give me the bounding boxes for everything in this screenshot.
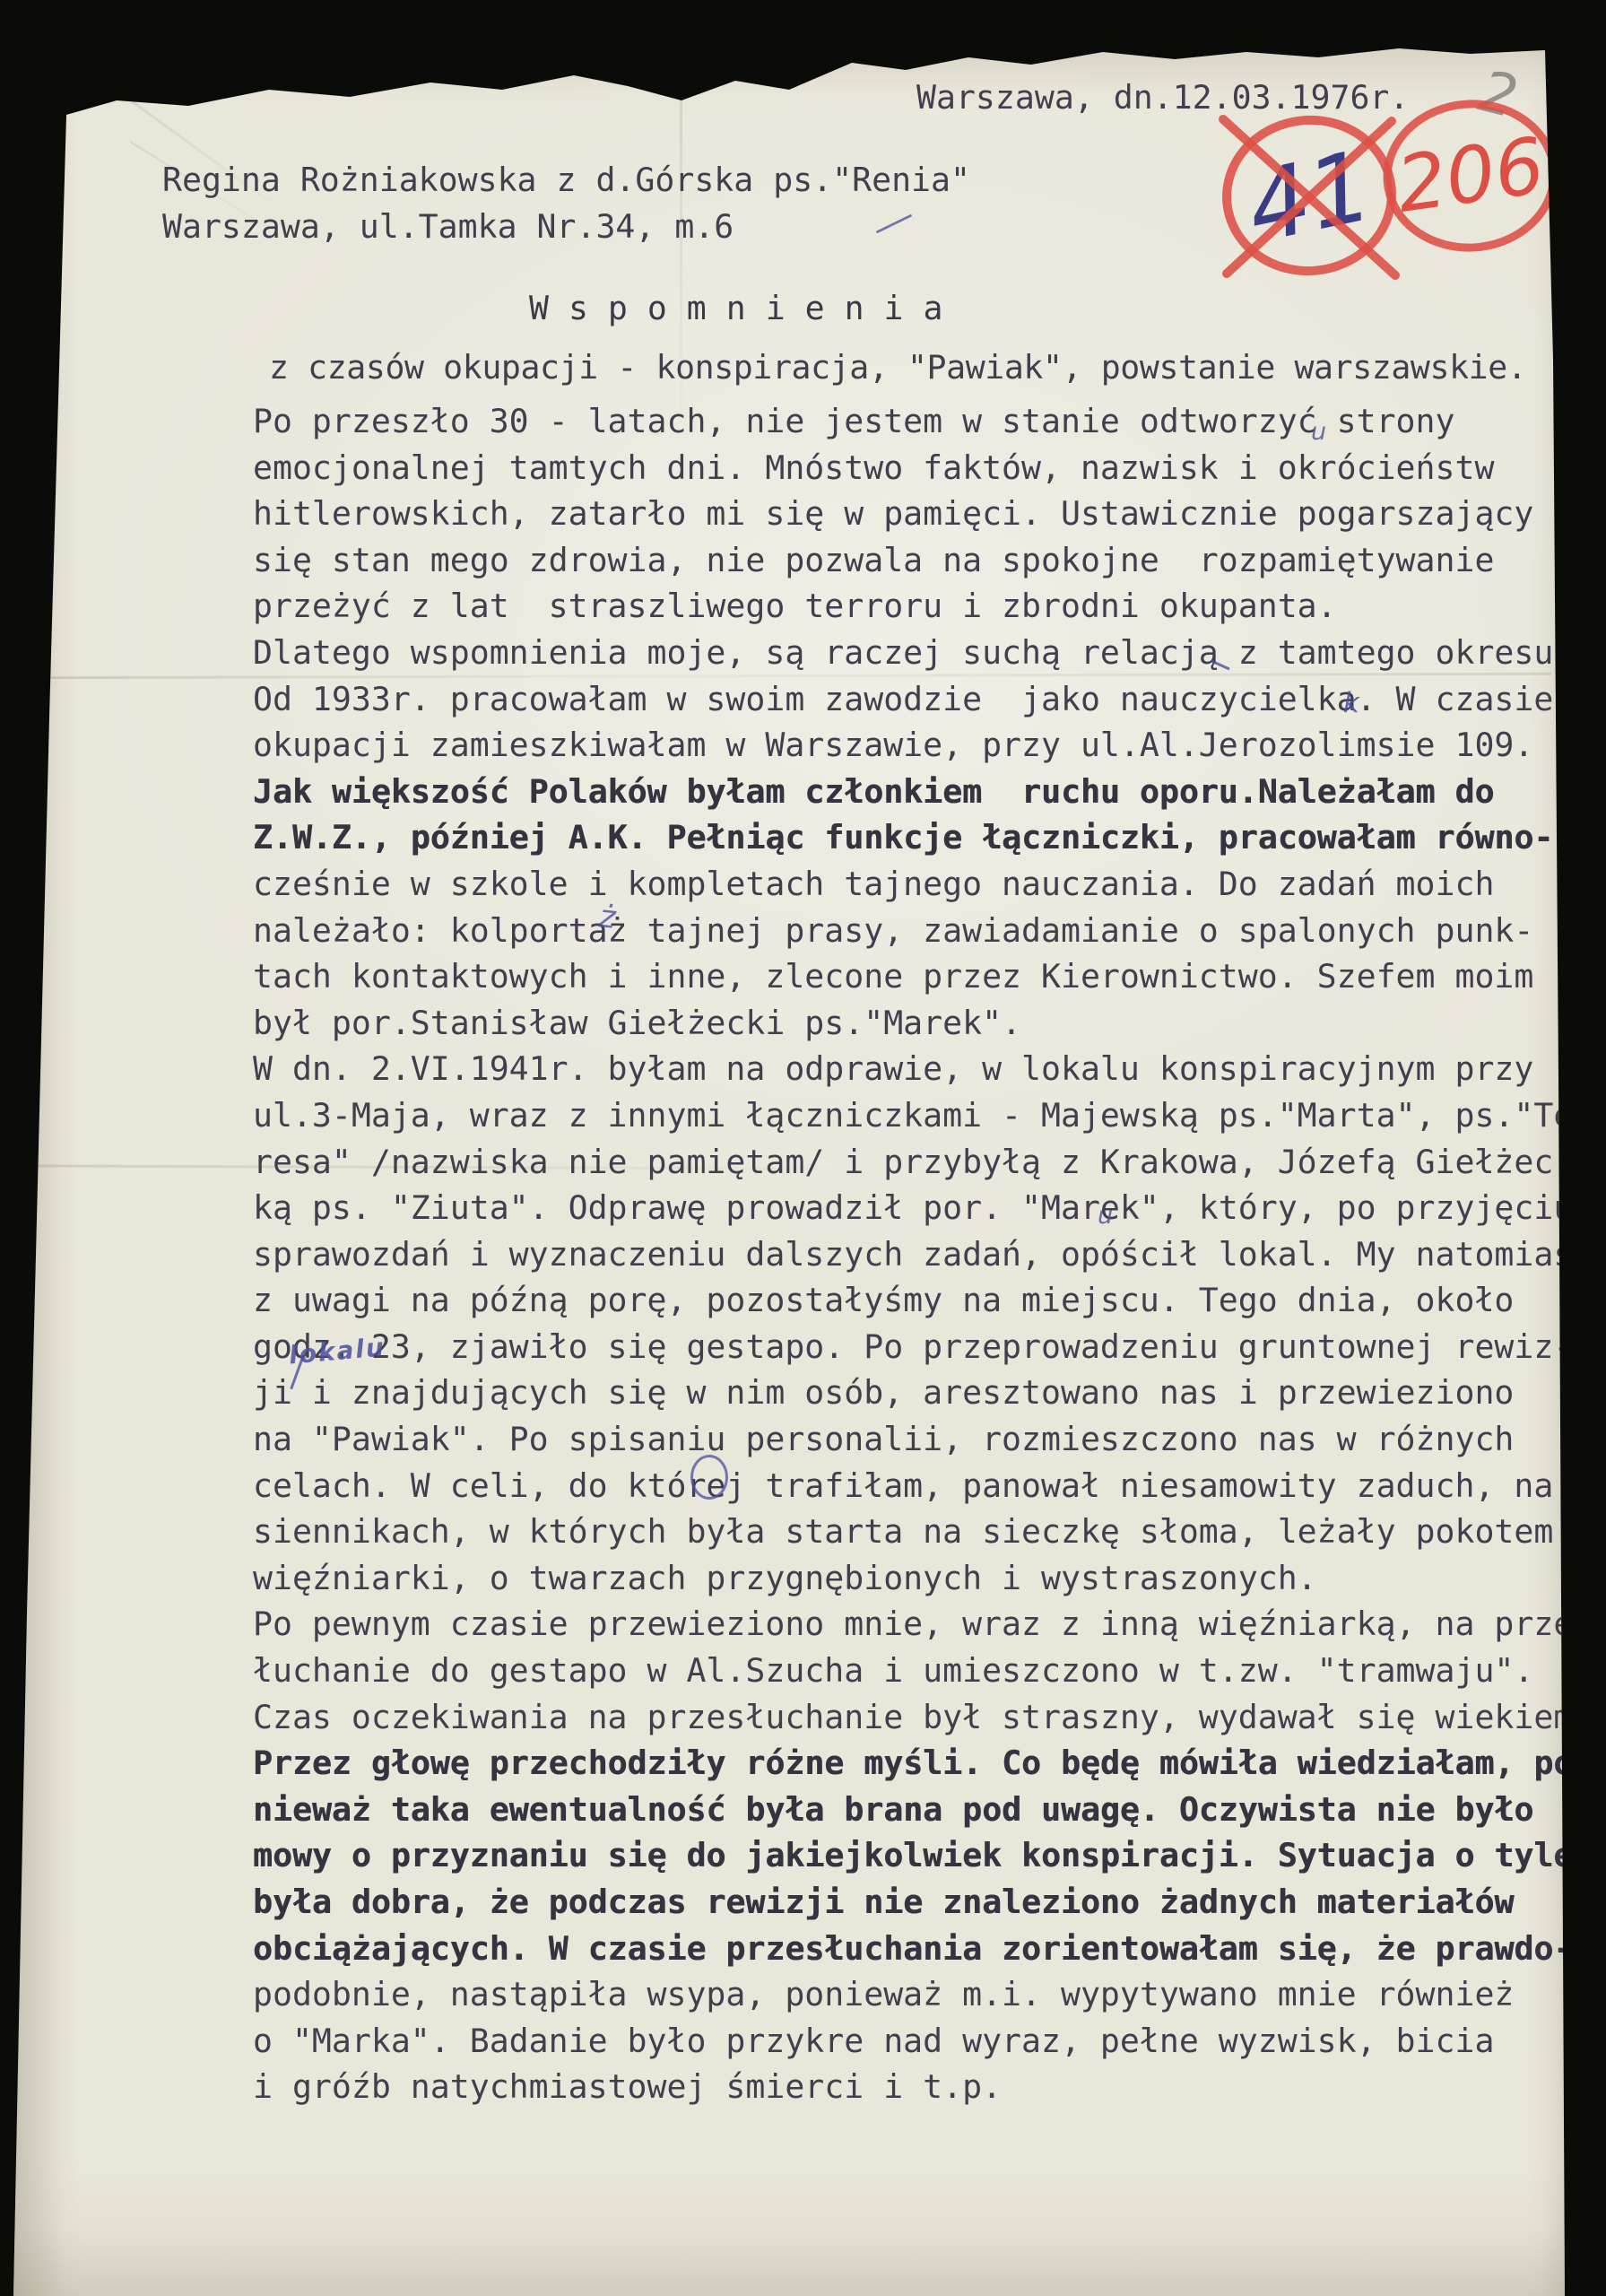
typed-line: siennikach, w których była starta na sie… — [253, 1509, 1593, 1555]
typed-line: i gróźb natychmiastowej śmierci i t.p. — [253, 2064, 1593, 2110]
typed-line: ul.3-Maja, wraz z innymi łączniczkami - … — [253, 1092, 1593, 1139]
typed-line: nieważ taka ewentualność była brana pod … — [253, 1787, 1593, 1833]
typed-body: Po przeszło 30 - latach, nie jestem w st… — [253, 398, 1593, 2110]
typed-line: hitlerowskich, zatarło mi się w pamięci.… — [253, 491, 1593, 537]
typed-line: obciążających. W czasie przesłuchania zo… — [253, 1926, 1593, 1972]
typed-line: okupacji zamieszkiwałam w Warszawie, prz… — [253, 722, 1593, 769]
typed-line: się stan mego zdrowia, nie pozwala na sp… — [253, 537, 1593, 584]
crossed-out-number: 41 — [1237, 130, 1381, 265]
scanned-document-page: { "document": { "date_line": "Warszawa, … — [0, 0, 1606, 2296]
archive-number: 206 — [1392, 121, 1550, 230]
typed-line: celach. W celi, do której trafiłam, pano… — [253, 1463, 1593, 1509]
pencil-page-number: 2 — [1472, 58, 1524, 132]
typed-line: Po przeszło 30 - latach, nie jestem w st… — [253, 398, 1593, 445]
typed-line: tach kontaktowych i inne, zlecone przez … — [253, 953, 1593, 1000]
typed-line: Po pewnym czasie przewieziono mnie, wraz… — [253, 1601, 1593, 1648]
typed-line: z uwagi na późną porę, pozostałyśmy na m… — [253, 1277, 1593, 1324]
document-subtitle: z czasów okupacji - konspiracja, "Pawiak… — [269, 348, 1526, 387]
document-title: W s p o m n i e n i a — [529, 289, 942, 328]
typed-line: o "Marka". Badanie było przykre nad wyra… — [253, 2018, 1593, 2065]
typed-line: przeżyć z lat straszliwego terroru i zbr… — [253, 583, 1593, 630]
typed-line: emocjonalnej tamtych dni. Mnóstwo faktów… — [253, 445, 1593, 491]
typed-line: godz. 23, zjawiło się gestapo. Po przepr… — [253, 1324, 1593, 1370]
archive-number-stamp: 206 — [1383, 99, 1559, 254]
typed-line: był por.Stanisław Giełżecki ps."Marek". — [253, 1000, 1593, 1047]
typed-line: należało: kolportaż tajnej prasy, zawiad… — [253, 908, 1593, 954]
typed-line: Czas oczekiwania na przesłuchanie był st… — [253, 1694, 1593, 1741]
crossed-out-number-stamp: 41 — [1220, 113, 1398, 277]
typed-line: Od 1933r. pracowałam w swoim zawodzie ja… — [253, 676, 1593, 723]
typed-line: W dn. 2.VI.1941r. byłam na odprawie, w l… — [253, 1046, 1593, 1092]
typed-line: Dlatego wspomnienia moje, są raczej such… — [253, 630, 1593, 676]
typed-line: Z.W.Z., później A.K. Pełniąc funkcje łąc… — [253, 814, 1593, 861]
typed-line: ką ps. "Ziuta". Odprawę prowadził por. "… — [253, 1185, 1593, 1231]
typed-line: Przez głowę przechodziły różne myśli. Co… — [253, 1740, 1593, 1787]
author-line: Regina Rożniakowska z d.Górska ps."Renia… — [162, 161, 970, 199]
date-line: Warszawa, dn.12.03.1976r. — [916, 79, 1409, 117]
typed-line: ji i znajdujących się w nim osób, areszt… — [253, 1370, 1593, 1416]
address-line: Warszawa, ul.Tamka Nr.34, m.6 — [162, 208, 734, 246]
typed-line: łuchanie do gestapo w Al.Szucha i umiesz… — [253, 1648, 1593, 1694]
typed-line: mowy o przyznaniu się do jakiejkolwiek k… — [253, 1832, 1593, 1879]
typed-line: Jak większość Polaków byłam członkiem ru… — [253, 769, 1593, 815]
typed-line: resa" /nazwiska nie pamiętam/ i przybyłą… — [253, 1139, 1593, 1186]
typed-line: cześnie w szkole i kompletach tajnego na… — [253, 861, 1593, 908]
typed-line: była dobra, że podczas rewizji nie znale… — [253, 1879, 1593, 1926]
typed-line: więźniarki, o twarzach przygnębionych i … — [253, 1555, 1593, 1602]
typed-line: podobnie, nastąpiła wsypa, ponieważ m.i.… — [253, 1971, 1593, 2018]
typed-line: sprawozdań i wyznaczeniu dalszych zadań,… — [253, 1231, 1593, 1278]
paper-sheet: Warszawa, dn.12.03.1976r. Regina Rożniak… — [0, 0, 1606, 2296]
pen-check-mark — [876, 214, 913, 234]
typed-line: na "Pawiak". Po spisaniu personalii, roz… — [253, 1416, 1593, 1463]
